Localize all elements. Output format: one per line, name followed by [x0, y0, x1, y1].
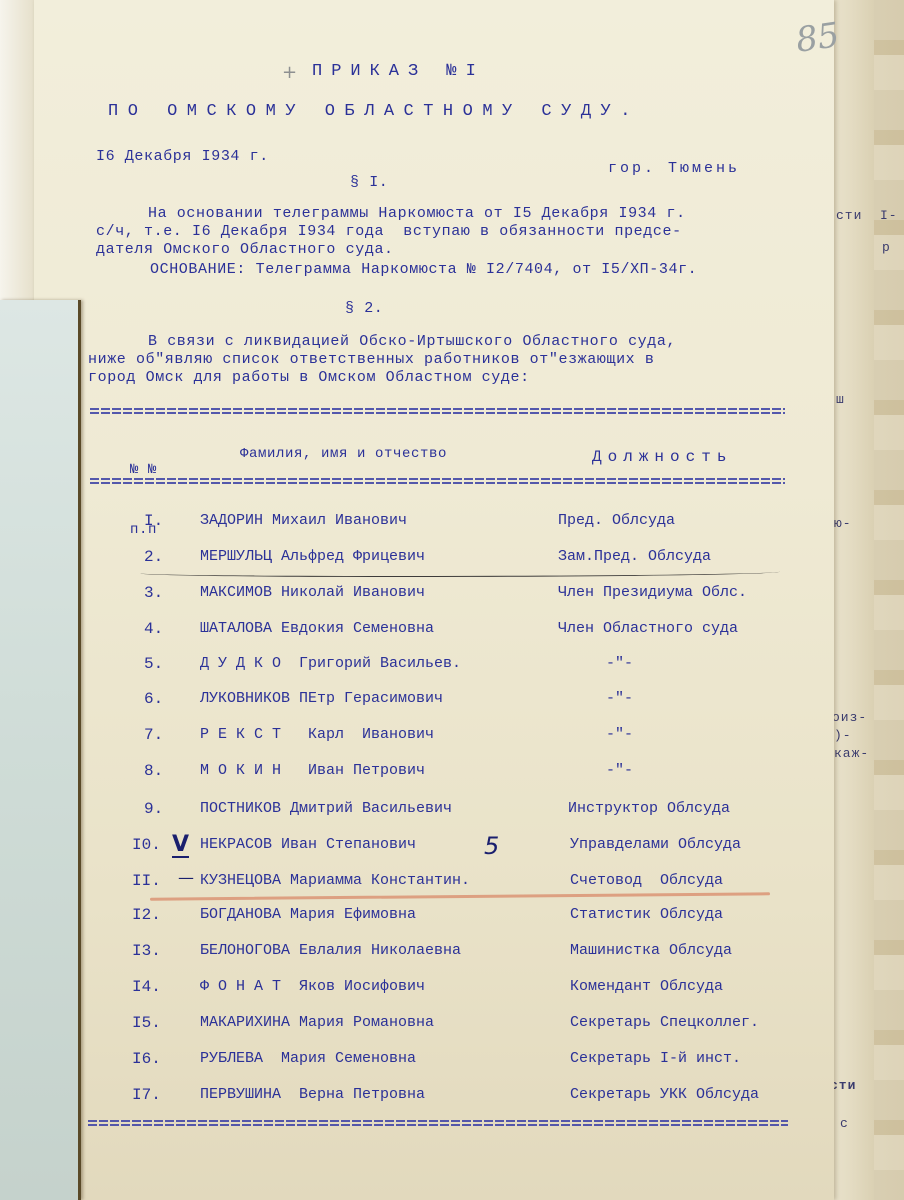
table-row: I2.БОГДАНОВА Мария ЕфимовнаСтатистик Обл…	[0, 906, 800, 940]
row-position: -"-	[588, 655, 633, 672]
table-row: 4.ШАТАЛОВА Евдокия СеменовнаЧлен Областн…	[0, 620, 800, 654]
row-position: Секретарь Спецколлег.	[570, 1014, 759, 1031]
handwritten-mark-row10: 5	[484, 832, 499, 860]
row-position: Статистик Облсуда	[570, 906, 723, 923]
table-header-rule	[90, 478, 785, 484]
row-number: I0.	[132, 836, 161, 854]
left-margin-strip	[0, 0, 34, 300]
back-fragment: ш	[836, 392, 845, 407]
row-number: II.	[132, 872, 161, 890]
row-position: Зам.Пред. Облсуда	[558, 548, 711, 565]
row-position: Секретарь I-й инст.	[570, 1050, 741, 1067]
row-number: I4.	[132, 978, 161, 996]
row-name: БЕЛОНОГОВА Евлалия Николаевна	[200, 942, 461, 959]
section-2-heading: § 2.	[345, 300, 383, 317]
back-fragment: )-	[834, 728, 852, 743]
back-fragment: р	[882, 240, 891, 255]
row-name: Ф О Н А Т Яков Иосифович	[200, 978, 425, 995]
section-1-line: На основании телеграммы Наркомюста от I5…	[148, 206, 686, 222]
row-position: Секретарь УКК Облсуда	[570, 1086, 759, 1103]
header-position: Должность	[592, 448, 732, 466]
row-number: 7.	[144, 726, 163, 744]
table-row: 3.МАКСИМОВ Николай ИвановичЧлен Президиу…	[0, 584, 800, 618]
row-position: -"-	[588, 726, 633, 743]
row-position: Инструктор Облсуда	[568, 800, 730, 817]
back-fragment: с	[840, 1116, 849, 1131]
section-1-line: дателя Омского Областного суда.	[96, 242, 394, 258]
row-name: Р Е К С Т Карл Иванович	[200, 726, 434, 743]
back-fragment: I-	[880, 208, 898, 223]
row-name: МАКСИМОВ Николай Иванович	[200, 584, 425, 601]
row-name: М О К И Н Иван Петрович	[200, 762, 425, 779]
row-position: Член Областного суда	[558, 620, 738, 637]
row-position: -"-	[588, 762, 633, 779]
section-1-line: с/ч, т.е. I6 Декабря I934 года вступаю в…	[96, 224, 682, 240]
row-position: Пред. Облсуда	[558, 512, 675, 529]
row-number: 4.	[144, 620, 163, 638]
back-fragment: сти	[836, 208, 862, 223]
table-row: 6.ЛУКОВНИКОВ ПЕтр Герасимович -"-	[0, 690, 800, 724]
order-date: I6 Декабря I934 г.	[96, 148, 269, 165]
row-name: МАКАРИХИНА Мария Романовна	[200, 1014, 434, 1031]
row-name: ПЕРВУШИНА Верна Петровна	[200, 1086, 425, 1103]
row-name: Д У Д К О Григорий Васильев.	[200, 655, 461, 672]
row-number: 6.	[144, 690, 163, 708]
row-number: I.	[144, 512, 163, 530]
row-number: I5.	[132, 1014, 161, 1032]
section-2-line: ниже об"являю список ответственных работ…	[88, 352, 655, 368]
row-number: I7.	[132, 1086, 161, 1104]
row-name: НЕКРАСОВ Иван Степанович	[200, 836, 416, 853]
folio-number: 85	[793, 15, 841, 61]
row-name: ЗАДОРИН Михаил Иванович	[200, 512, 407, 529]
row-name: ПОСТНИКОВ Дмитрий Васильевич	[200, 800, 452, 817]
row-number: I2.	[132, 906, 161, 924]
row-position: Управделами Облсуда	[570, 836, 741, 853]
row-number: 8.	[144, 762, 163, 780]
section-1-heading: § I.	[350, 174, 388, 191]
table-row: 8.М О К И Н Иван Петрович -"-	[0, 762, 800, 796]
table-row: I0.НЕКРАСОВ Иван СтепановичУправделами О…	[0, 836, 800, 870]
table-row: 9.ПОСТНИКОВ Дмитрий ВасильевичИнструктор…	[0, 800, 800, 834]
dash-mark-row11: —	[178, 868, 194, 887]
row-number: 5.	[144, 655, 163, 673]
section-2-line: город Омск для работы в Омском Областном…	[88, 370, 530, 386]
table-row: I4.Ф О Н А Т Яков ИосифовичКомендант Обл…	[0, 978, 800, 1012]
pencil-plus-mark: +	[282, 62, 297, 83]
row-position: -"-	[588, 690, 633, 707]
table-row: 7.Р Е К С Т Карл Иванович -"-	[0, 726, 800, 760]
table-top-rule	[90, 408, 785, 414]
header-name: Фамилия, имя и отчество	[240, 446, 447, 462]
row-name: БОГДАНОВА Мария Ефимовна	[200, 906, 416, 923]
section-2-line: В связи с ликвидацией Обско-Иртышского О…	[148, 334, 676, 350]
row-name: ЛУКОВНИКОВ ПЕтр Герасимович	[200, 690, 443, 707]
row-number: 2.	[144, 548, 163, 566]
back-fragment: каж-	[834, 746, 869, 761]
order-subtitle: ПО ОМСКОМУ ОБЛАСТНОМУ СУДУ.	[108, 102, 640, 121]
tissue-paper-overlay	[0, 300, 81, 1200]
order-place: гор. Тюмень	[608, 160, 740, 177]
row-position: Машинистка Облсуда	[570, 942, 732, 959]
torn-edge	[874, 0, 904, 1200]
row-position: Комендант Облсуда	[570, 978, 723, 995]
row-name: КУЗНЕЦОВА Мариамма Константин.	[200, 872, 470, 889]
header-number-line1: № №	[130, 460, 157, 480]
row-number: I6.	[132, 1050, 161, 1068]
row-position: Член Президиума Облс.	[558, 584, 747, 601]
row-name: РУБЛЕВА Мария Семеновна	[200, 1050, 416, 1067]
row-number: I3.	[132, 942, 161, 960]
row-name: ШАТАЛОВА Евдокия Семеновна	[200, 620, 434, 637]
table-bottom-rule	[88, 1120, 788, 1126]
table-row: I6.РУБЛЕВА Мария СеменовнаСекретарь I-й …	[0, 1050, 800, 1084]
back-fragment: ю-	[834, 516, 852, 531]
row-number: 9.	[144, 800, 163, 818]
table-row: I5.МАКАРИХИНА Мария РомановнаСекретарь С…	[0, 1014, 800, 1048]
table-row: II.КУЗНЕЦОВА Мариамма Константин.Счетово…	[0, 872, 800, 906]
row-name: МЕРШУЛЬЦ Альфред Фрицевич	[200, 548, 425, 565]
row-number: 3.	[144, 584, 163, 602]
check-mark-row10: V	[172, 834, 189, 858]
section-1-basis: ОСНОВАНИЕ: Телеграмма Наркомюста № I2/74…	[150, 262, 697, 278]
table-row: I7.ПЕРВУШИНА Верна ПетровнаСекретарь УКК…	[0, 1086, 800, 1120]
table-row: I.ЗАДОРИН Михаил ИвановичПред. Облсуда	[0, 512, 800, 546]
back-fragment: оиз-	[832, 710, 867, 725]
table-row: 5.Д У Д К О Григорий Васильев. -"-	[0, 655, 800, 689]
table-row: I3.БЕЛОНОГОВА Евлалия НиколаевнаМашинист…	[0, 942, 800, 976]
order-title: ПРИКАЗ №I	[312, 62, 485, 81]
row-position: Счетовод Облсуда	[570, 872, 723, 889]
